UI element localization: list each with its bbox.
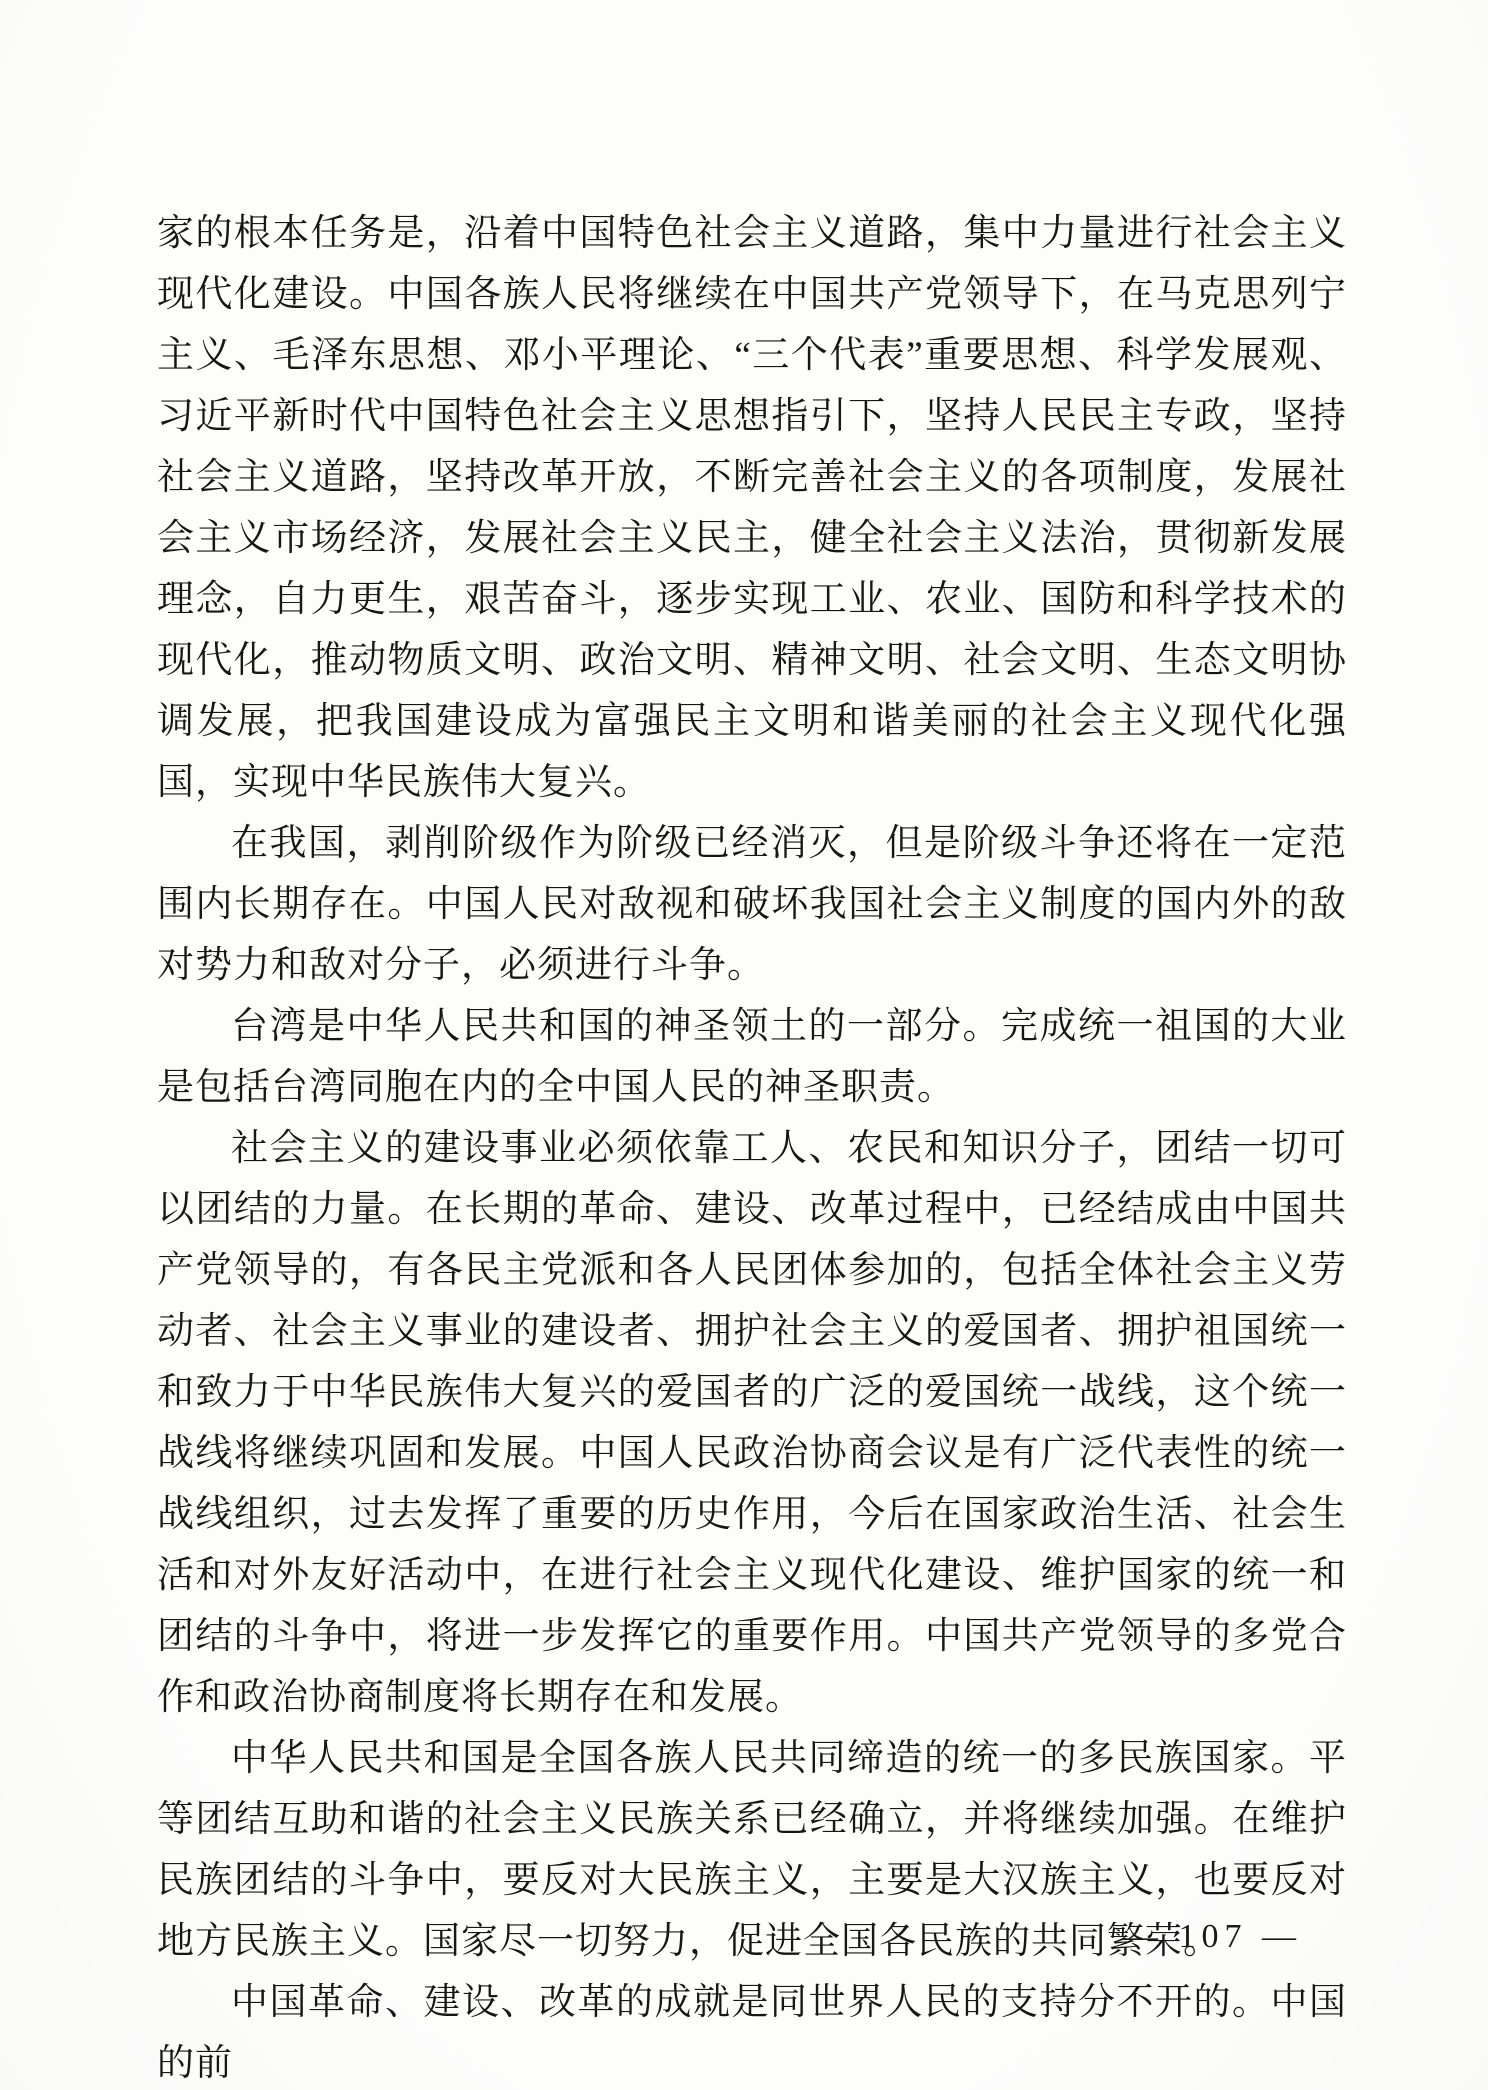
body-text: 家的根本任务是，沿着中国特色社会主义道路，集中力量进行社会主义现代化建设。中国各… bbox=[157, 203, 1347, 2090]
paragraph-6: 中国革命、建设、改革的成就是同世界人民的支持分不开的。中国的前 bbox=[157, 1972, 1347, 2090]
document-page: 家的根本任务是，沿着中国特色社会主义道路，集中力量进行社会主义现代化建设。中国各… bbox=[0, 0, 1488, 2090]
paragraph-1: 家的根本任务是，沿着中国特色社会主义道路，集中力量进行社会主义现代化建设。中国各… bbox=[157, 203, 1347, 813]
paragraph-4: 社会主义的建设事业必须依靠工人、农民和知识分子，团结一切可以团结的力量。在长期的… bbox=[157, 1118, 1347, 1728]
paragraph-2: 在我国，剥削阶级作为阶级已经消灭，但是阶级斗争还将在一定范围内长期存在。中国人民… bbox=[157, 813, 1347, 996]
paragraph-3: 台湾是中华人民共和国的神圣领土的一部分。完成统一祖国的大业是包括台湾同胞在内的全… bbox=[157, 996, 1347, 1118]
page-number: — 107 — bbox=[1124, 1918, 1302, 1956]
